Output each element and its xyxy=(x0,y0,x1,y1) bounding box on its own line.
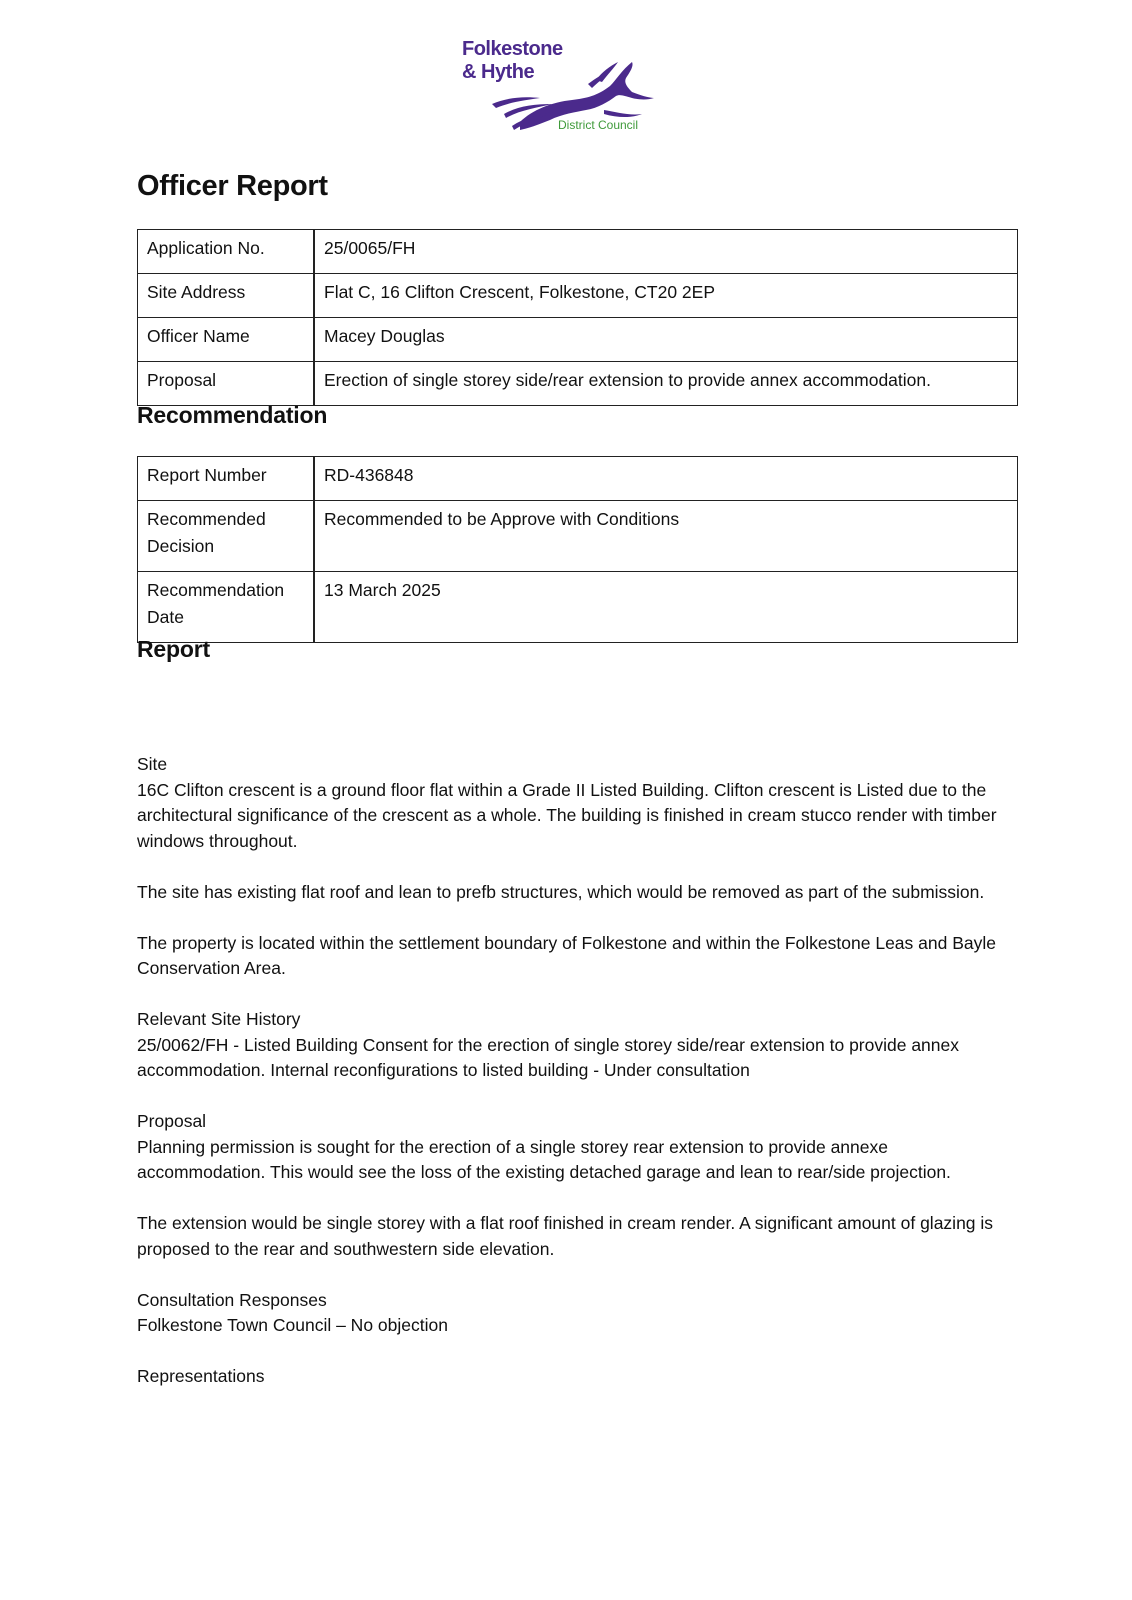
site-section: Site 16C Clifton crescent is a ground fl… xyxy=(137,752,997,854)
page-title: Officer Report xyxy=(137,170,328,203)
table-row: Officer Name Macey Douglas xyxy=(138,318,1018,362)
recommended-decision-label: Recommended Decision xyxy=(138,501,315,572)
consultation-text: Folkestone Town Council – No objection xyxy=(137,1315,448,1335)
site-paragraph-2: The site has existing flat roof and lean… xyxy=(137,880,997,906)
table-row: Application No. 25/0065/FH xyxy=(138,230,1018,274)
consultation-heading: Consultation Responses xyxy=(137,1288,997,1314)
officer-name-value: Macey Douglas xyxy=(314,318,1018,362)
proposal-label: Proposal xyxy=(138,362,315,406)
table-row: Recommendation Date 13 March 2025 xyxy=(138,572,1018,643)
council-logo: Folkestone & Hythe District Council xyxy=(462,38,662,138)
document-page: Folkestone & Hythe District Council Offi… xyxy=(0,0,1132,1600)
application-details-table: Application No. 25/0065/FH Site Address … xyxy=(137,229,1018,406)
proposal-paragraph-1: Planning permission is sought for the er… xyxy=(137,1137,951,1183)
site-paragraph-3: The property is located within the settl… xyxy=(137,931,997,982)
representations-section: Representations xyxy=(137,1364,997,1390)
table-row: Recommended Decision Recommended to be A… xyxy=(138,501,1018,572)
report-body: Site 16C Clifton crescent is a ground fl… xyxy=(137,752,997,1415)
history-section: Relevant Site History 25/0062/FH - Liste… xyxy=(137,1007,997,1084)
history-text: 25/0062/FH - Listed Building Consent for… xyxy=(137,1035,959,1081)
proposal-section: Proposal Planning permission is sought f… xyxy=(137,1109,997,1186)
recommendation-date-label: Recommendation Date xyxy=(138,572,315,643)
table-row: Site Address Flat C, 16 Clifton Crescent… xyxy=(138,274,1018,318)
recommendation-table: Report Number RD-436848 Recommended Deci… xyxy=(137,456,1018,643)
consultation-section: Consultation Responses Folkestone Town C… xyxy=(137,1288,997,1339)
table-row: Proposal Erection of single storey side/… xyxy=(138,362,1018,406)
recommended-decision-value: Recommended to be Approve with Condition… xyxy=(314,501,1018,572)
site-heading: Site xyxy=(137,752,997,778)
proposal-value: Erection of single storey side/rear exte… xyxy=(314,362,1018,406)
report-number-label: Report Number xyxy=(138,457,315,501)
recommendation-heading: Recommendation xyxy=(137,402,327,429)
application-no-label: Application No. xyxy=(138,230,315,274)
site-address-value: Flat C, 16 Clifton Crescent, Folkestone,… xyxy=(314,274,1018,318)
proposal-paragraph-2: The extension would be single storey wit… xyxy=(137,1211,997,1262)
recommendation-date-value: 13 March 2025 xyxy=(314,572,1018,643)
site-paragraph-1: 16C Clifton crescent is a ground floor f… xyxy=(137,780,997,851)
logo-subtitle: District Council xyxy=(558,118,638,132)
proposal-heading: Proposal xyxy=(137,1109,997,1135)
history-heading: Relevant Site History xyxy=(137,1007,997,1033)
table-row: Report Number RD-436848 xyxy=(138,457,1018,501)
report-number-value: RD-436848 xyxy=(314,457,1018,501)
report-heading: Report xyxy=(137,636,210,663)
representations-heading: Representations xyxy=(137,1364,997,1390)
application-no-value: 25/0065/FH xyxy=(314,230,1018,274)
officer-name-label: Officer Name xyxy=(138,318,315,362)
site-address-label: Site Address xyxy=(138,274,315,318)
